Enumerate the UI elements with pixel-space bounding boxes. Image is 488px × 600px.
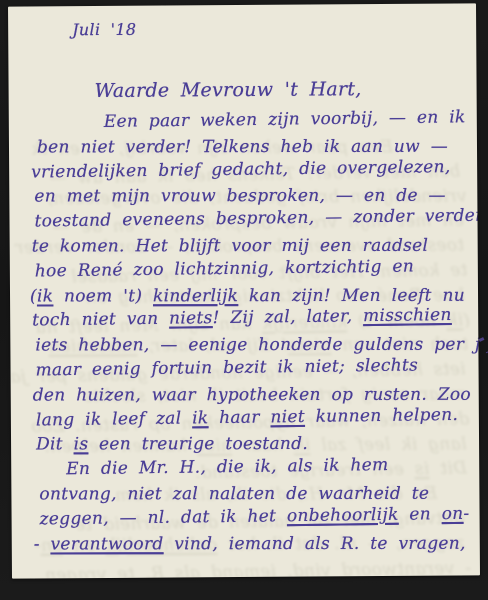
letter-text: ontvang, niet zal nalaten de waarheid te (39, 484, 429, 505)
letter-text: ( (30, 286, 37, 306)
letter-text: vriendelijken brief gedacht, die overgel… (31, 157, 451, 182)
letter-text: noem 't) (53, 286, 153, 306)
underlined-word: on (442, 504, 464, 524)
letter-text: toestand eveneens besproken, — zonder ve… (34, 206, 480, 232)
letter-line: - verantwoord vind, iemand als R. te vra… (34, 531, 474, 557)
letter-line: vriendelijken brief gedacht, die overgel… (31, 154, 471, 185)
letter-lines: Een paar weken zijn voorbij, — en ikben … (27, 107, 474, 556)
letter-text: zeggen, — nl. dat ik het (39, 506, 287, 529)
letter-text: en met mijn vrouw besproken, — en de — (34, 186, 446, 207)
letter-line: zeggen, — nl. dat ik het onbehoorlijk en… (39, 502, 473, 532)
letter-text: te komen. Het blijft voor mij een raadse… (32, 236, 429, 257)
letter-date: Juli '18 (72, 20, 136, 39)
letter-text: hoe René zoo lichtzinnig, kortzichtig en (35, 256, 414, 281)
letter-text: ben niet verder! Telkens heb ik aan uw — (37, 137, 448, 158)
letter-text: den huizen, waar hypotheeken op rusten. … (33, 384, 471, 405)
letter-line: lang ik leef zal ik haar niet kunnen hel… (36, 402, 473, 433)
letter-line: toestand eveneens besproken, — zonder ve… (34, 204, 471, 235)
letter-text: kunnen helpen. (305, 404, 458, 426)
underlined-word: niets (169, 308, 213, 329)
letter-text: - (34, 534, 51, 554)
edge-ink-mark (479, 337, 485, 342)
letter-line: En die Mr. H., die ik, als ik hem (66, 452, 473, 482)
underlined-word: niet (270, 406, 305, 426)
letter-line: hoe René zoo lichtzinnig, kortzichtig en (35, 254, 472, 285)
letter-text: Dit (36, 435, 74, 455)
letter-text: ! Zij zal, later, (212, 307, 363, 329)
underlined-word: is (74, 435, 89, 455)
letter-text: en (398, 504, 441, 525)
letter-text: lang ik leef zal (36, 408, 192, 430)
underlined-word: ik (37, 286, 53, 306)
letter-text: maar eenig fortuin bezit ik niet; slecht… (35, 355, 418, 380)
underlined-word: verantwoord (50, 534, 163, 554)
letter-paper: Een paar weken zijn voorbij, — en ikben … (8, 3, 480, 578)
letter-line: maar eenig fortuin bezit ik niet; slecht… (35, 353, 472, 384)
underlined-word: kinderlijk (153, 286, 238, 306)
letter-text: toch niet van (32, 309, 169, 331)
letter-text: En die Mr. H., die ik, als ik hem (66, 455, 388, 479)
letter-text: vind, iemand als R. te vragen, (164, 533, 466, 554)
letter-greeting: Waarde Mevrouw 't Hart, (95, 78, 362, 102)
letter-text: Een paar weken zijn voorbij, — en ik (104, 107, 466, 132)
letter-text: haar (208, 407, 270, 428)
underlined-word: ik (192, 408, 209, 428)
letter-text: een treurige toestand. (88, 434, 308, 454)
underlined-word: misschien (363, 305, 452, 326)
underlined-word: onbehoorlijk (287, 504, 399, 525)
letter-line: toch niet van niets! Zij zal, later, mis… (32, 303, 472, 334)
letter-photograph: Een paar weken zijn voorbij, — en ikben … (0, 0, 488, 600)
letter-ink-layer: Juli '18 Waarde Mevrouw 't Hart, Een paa… (8, 3, 480, 578)
letter-text: - (463, 504, 469, 524)
letter-line: Een paar weken zijn voorbij, — en ik (104, 105, 471, 135)
